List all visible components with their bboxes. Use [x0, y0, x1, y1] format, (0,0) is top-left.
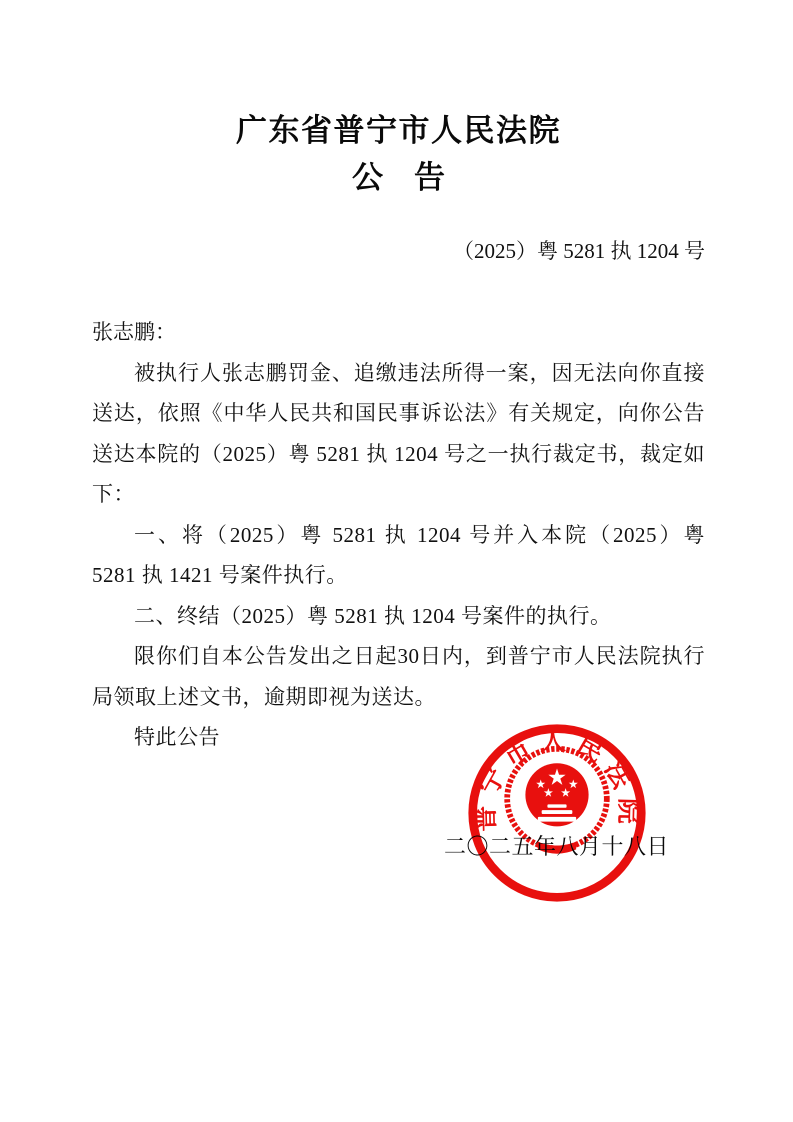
paragraph-ruling-item-1: 一、将（2025）粤 5281 执 1204 号并入本院（2025）粤 5281…	[92, 515, 705, 596]
addressee-line: 张志鹏：	[92, 312, 705, 353]
paragraph-case-intro: 被执行人张志鹏罚金、追缴违法所得一案，因无法向你直接送达，依照《中华人民共和国民…	[92, 353, 705, 515]
court-seal-stamp-icon: 普宁市人民法院	[461, 722, 653, 904]
court-name-title: 广东省普宁市人民法院	[92, 108, 705, 154]
paragraph-ruling-item-2: 二、终结（2025）粤 5281 执 1204 号案件的执行。	[92, 596, 705, 637]
court-seal: 普宁市人民法院	[461, 722, 653, 904]
case-number: （2025）粤 5281 执 1204 号	[92, 240, 705, 262]
announcement-page: 广东省普宁市人民法院 公 告 （2025）粤 5281 执 1204 号 张志鹏…	[0, 0, 793, 1122]
emblem-ribbon-icon	[538, 842, 576, 854]
paragraph-deadline-notice: 限你们自本公告发出之日起30日内，到普宁市人民法院执行局领取上述文书，逾期即视为…	[92, 636, 705, 717]
announcement-title: 公 告	[92, 156, 705, 200]
